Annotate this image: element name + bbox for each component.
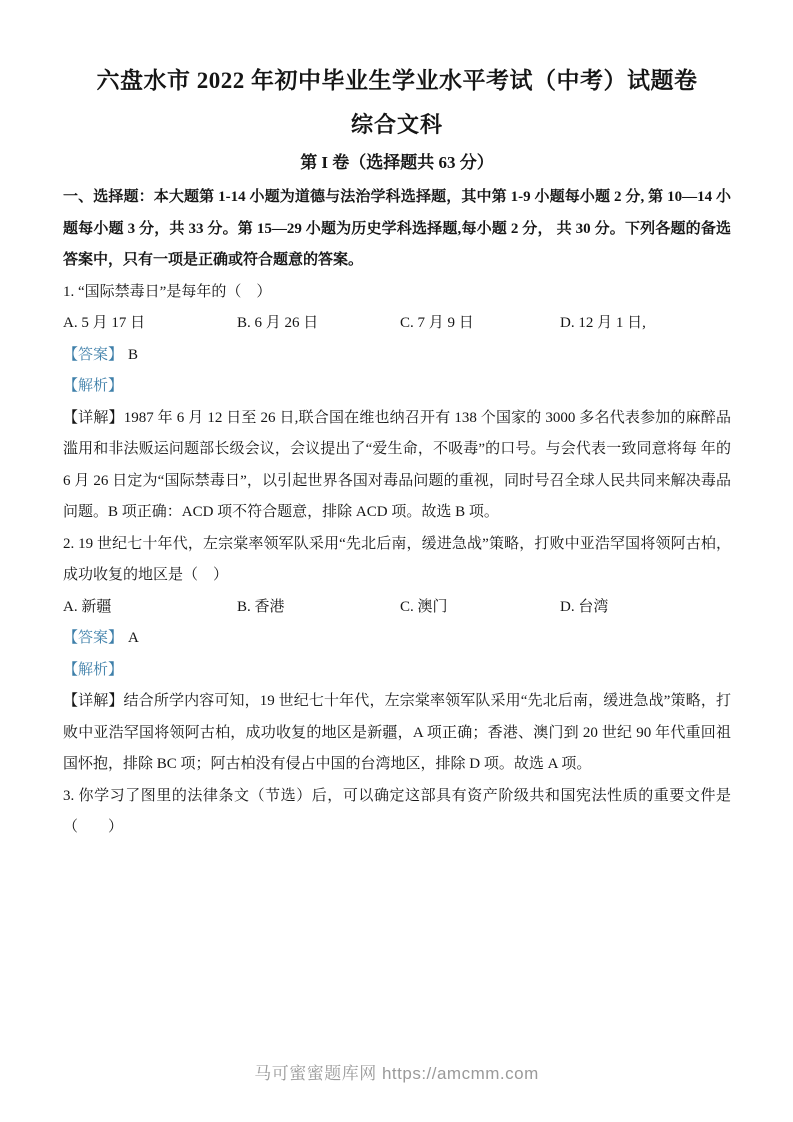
question-2-option-c: C. 澳门	[400, 592, 560, 624]
instructions-paragraph: 一、选择题：本大题第 1-14 小题为道德与法治学科选择题，其中第 1-9 小题…	[63, 182, 731, 277]
question-2-answer-value: A	[128, 630, 139, 646]
question-1-option-c: C. 7 月 9 日	[400, 308, 560, 340]
question-2-detail-paragraph: 【详解】结合所学内容可知，19 世纪七十年代，左宗棠率领军队采用“先北后南，缓进…	[63, 686, 731, 781]
section-heading: 第 I 卷（选择题共 63 分）	[63, 151, 731, 175]
question-2-stem: 2. 19 世纪七十年代，左宗棠率领军队采用“先北后南，缓进急战”策略，打败中亚…	[63, 529, 731, 592]
exam-document-page: 六盘水市 2022 年初中毕业生学业水平考试（中考）试题卷 综合文科 第 I 卷…	[0, 0, 793, 844]
question-2-answer-line: 【答案】A	[63, 623, 731, 655]
footer-watermark: 马可蜜蜜题库网 https://amcmm.com	[0, 1059, 793, 1084]
answer-label: 【答案】	[63, 630, 123, 646]
question-1-options: A. 5 月 17 日 B. 6 月 26 日 C. 7 月 9 日 D. 12…	[63, 308, 731, 340]
question-1-stem: 1. “国际禁毒日”是每年的（ ）	[63, 277, 731, 309]
question-1-analysis-label: 【解析】	[63, 371, 731, 403]
question-1-answer-line: 【答案】B	[63, 340, 731, 372]
question-3-stem: 3. 你学习了图里的法律条文（节选）后，可以确定这部具有资产阶级共和国宪法性质的…	[63, 781, 731, 844]
question-2: 2. 19 世纪七十年代，左宗棠率领军队采用“先北后南，缓进急战”策略，打败中亚…	[63, 529, 731, 781]
question-1-answer-value: B	[128, 347, 138, 363]
document-subtitle: 综合文科	[63, 110, 731, 140]
question-2-option-d: D. 台湾	[560, 592, 731, 624]
question-2-options: A. 新疆 B. 香港 C. 澳门 D. 台湾	[63, 592, 731, 624]
question-1-option-b: B. 6 月 26 日	[237, 308, 400, 340]
question-1-detail-paragraph: 【详解】1987 年 6 月 12 日至 26 日,联合国在维也纳召开有 138…	[63, 403, 731, 529]
answer-label: 【答案】	[63, 347, 123, 363]
question-2-option-b: B. 香港	[237, 592, 400, 624]
detail-label: 【详解】	[63, 410, 124, 426]
question-2-option-a: A. 新疆	[63, 592, 237, 624]
question-1-option-d: D. 12 月 1 日,	[560, 308, 731, 340]
question-2-detail-text: 结合所学内容可知，19 世纪七十年代，左宗棠率领军队采用“先北后南，缓进急战”策…	[63, 693, 731, 772]
question-1-detail-text: 1987 年 6 月 12 日至 26 日,联合国在维也纳召开有 138 个国家…	[63, 410, 731, 521]
question-2-analysis-label: 【解析】	[63, 655, 731, 687]
question-1: 1. “国际禁毒日”是每年的（ ） A. 5 月 17 日 B. 6 月 26 …	[63, 277, 731, 529]
document-title: 六盘水市 2022 年初中毕业生学业水平考试（中考）试题卷	[63, 64, 731, 98]
question-3: 3. 你学习了图里的法律条文（节选）后，可以确定这部具有资产阶级共和国宪法性质的…	[63, 781, 731, 844]
question-1-option-a: A. 5 月 17 日	[63, 308, 237, 340]
detail-label: 【详解】	[63, 693, 124, 709]
